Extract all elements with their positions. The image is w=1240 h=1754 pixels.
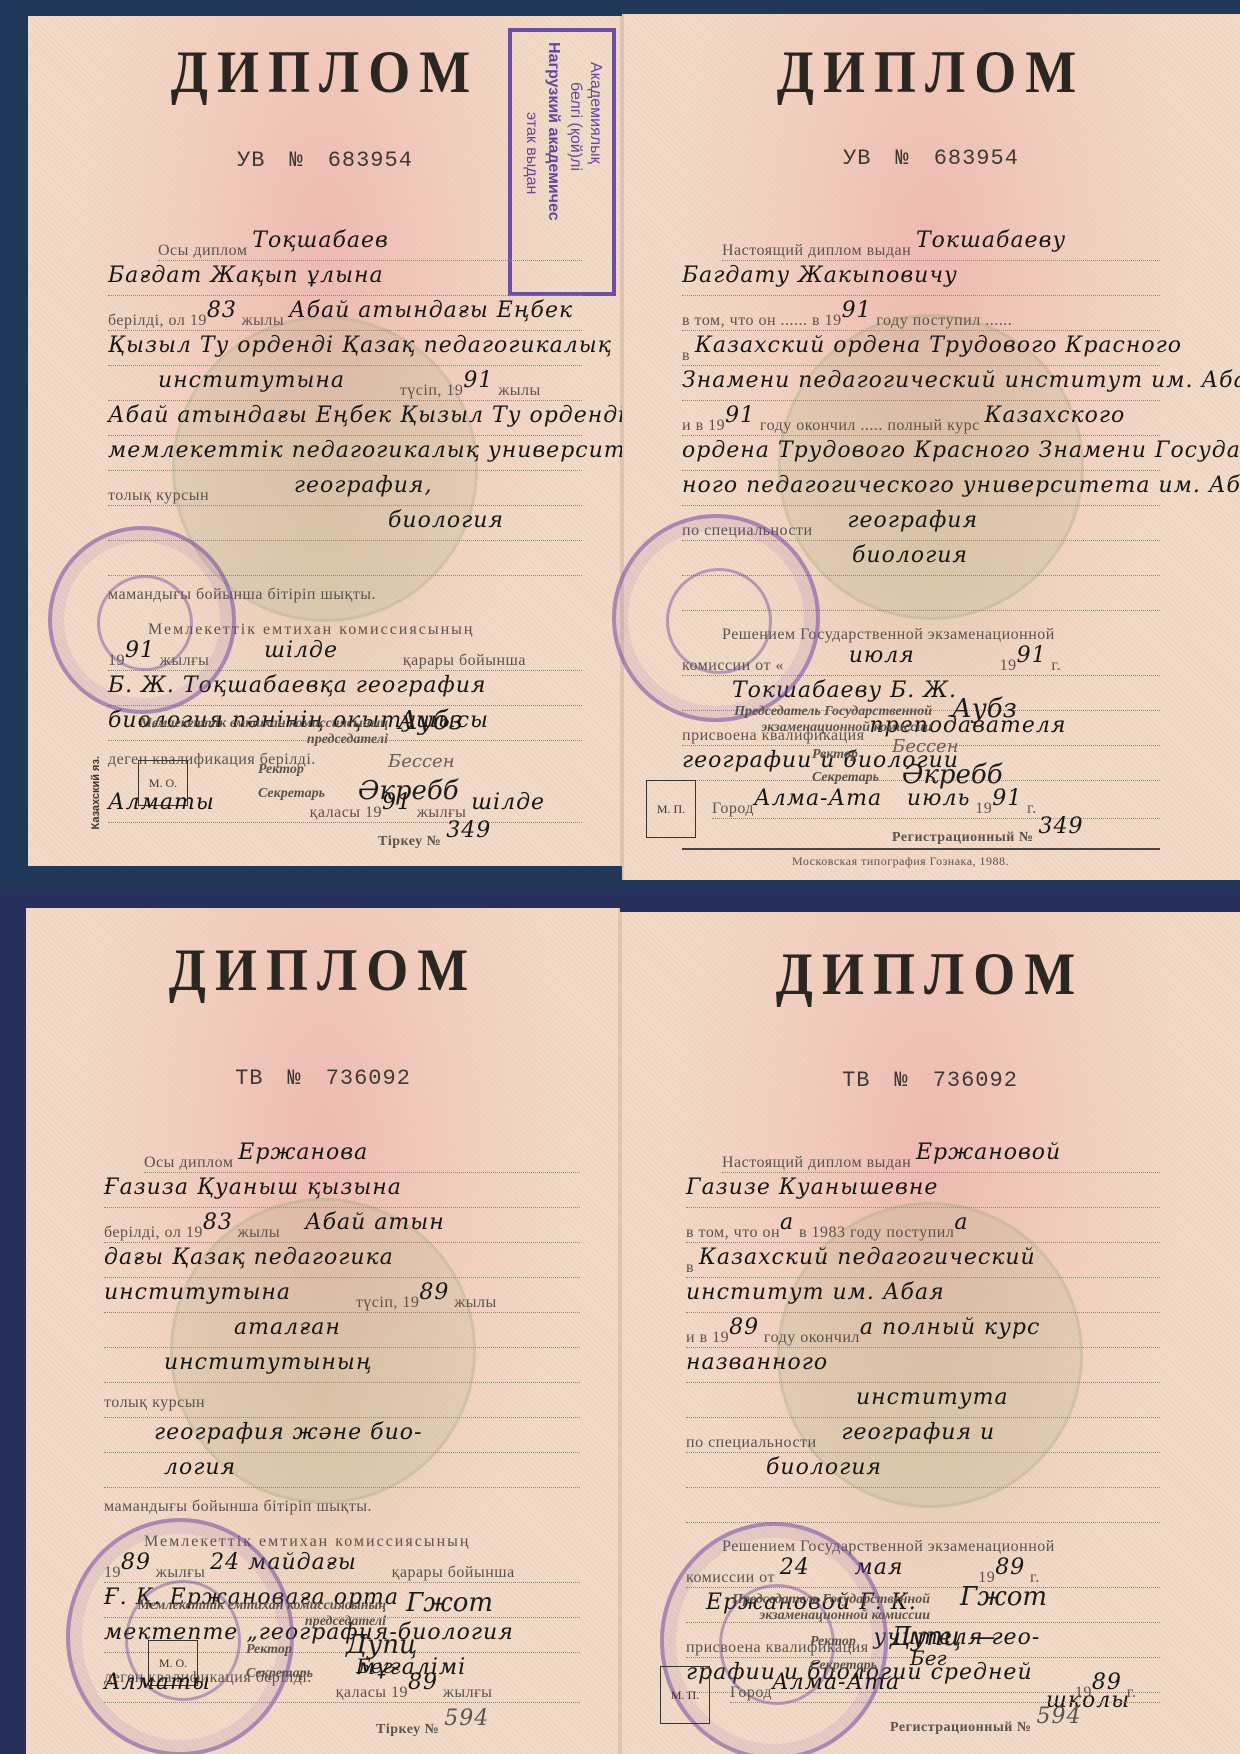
line-4: в Казахский педагогический xyxy=(686,1253,1160,1278)
page-fold xyxy=(620,912,622,1754)
city-date-line: ГородАлма-Ата 1989 г. xyxy=(730,1678,1160,1703)
chair-label: Председатель Государственной экзаменацио… xyxy=(680,1592,930,1624)
printer-imprint: Московская типография Гознака, 1988. xyxy=(792,854,1009,869)
page-fold xyxy=(622,14,624,880)
surname: Тоқшабаев xyxy=(252,228,389,253)
serial-number: УВ№683954 xyxy=(622,146,1240,171)
line-7: ордена Трудового Красного Знамени Госуда… xyxy=(682,446,1160,471)
round-institution-seal xyxy=(612,514,820,722)
line-10: биология xyxy=(686,1463,1160,1488)
series: ТВ xyxy=(842,1068,870,1093)
registration-number: 594 xyxy=(1036,1704,1081,1729)
line-3: берілді, ол 1983 жылы Абай атындағы Еңбе… xyxy=(108,306,582,331)
registration-number: 349 xyxy=(1038,814,1083,839)
diploma-1-russian-page: ДИПЛОМ УВ№683954 Настоящий диплом выдан … xyxy=(622,14,1240,880)
line-6: Абай атындағы Еңбек Қызыл Ту орденді Қаз… xyxy=(108,411,582,436)
round-institution-seal xyxy=(66,1518,294,1754)
recipient-surname: Ержановой xyxy=(916,1140,1061,1165)
number-sign: № xyxy=(895,146,909,171)
line-6: и в 1991 году окончил ..... полный курс … xyxy=(682,411,1160,436)
line-5: Знамени педагогический институт им. Абая xyxy=(682,376,1160,401)
rector-label: Ректор xyxy=(810,1634,856,1650)
line-9: по специальности география и xyxy=(686,1428,1160,1453)
chair-signature: Гжот xyxy=(406,1588,493,1618)
diploma-2-kazakh-page: ДИПЛОМ ТВ№736092 Осы диплом Ержанова Ғаз… xyxy=(26,908,620,1754)
diploma-number: 736092 xyxy=(933,1068,1018,1093)
given-name: Ғазиза Қуаныш қызына xyxy=(104,1175,402,1200)
city-date-line: Алматы қаласы 1989 жылғы xyxy=(104,1678,580,1703)
line-8: толық курсын xyxy=(104,1393,580,1418)
chair-signature: Аубз xyxy=(952,694,1017,724)
rector-signature: Бессен xyxy=(892,736,959,757)
diploma-title: ДИПЛОМ xyxy=(651,940,1209,1009)
line-1: Настоящий диплом выдан Ержановой xyxy=(722,1148,1160,1173)
city-date-line: Алматы қаласы 1991 жылғы шілде xyxy=(108,798,582,823)
chair-label: Мемлекеттік емтихан комиссиясының предсе… xyxy=(126,1598,386,1630)
diploma-number: 683954 xyxy=(934,146,1019,171)
diploma-1-kazakh-page: ДИПЛОМ УВ№683954 Академиялық белгі (қой)… xyxy=(28,16,622,866)
line-1: Осы диплом Ержанова xyxy=(144,1148,580,1173)
line-3: в том, что она в 1983 году поступила xyxy=(686,1218,1160,1243)
serial-number: ТВ№736092 xyxy=(26,1066,620,1091)
line-11 xyxy=(686,1498,1160,1523)
given-name: Бағдат Жақып ұлына xyxy=(108,263,384,288)
number-sign: № xyxy=(289,148,303,173)
secretary-signature: Бег xyxy=(910,1646,947,1670)
line-5: институтына түсіп, 1989 жылы xyxy=(104,1288,580,1313)
diploma-number: 736092 xyxy=(326,1066,411,1091)
series: ТВ xyxy=(235,1066,263,1091)
registration-line: Тіркеу № 349 xyxy=(378,826,491,851)
line-7: мемлекеттік педагогикалық университетіні… xyxy=(108,446,582,471)
footer-rule xyxy=(682,848,1160,850)
diploma-title: ДИПЛОМ xyxy=(653,38,1209,107)
line-8: института xyxy=(686,1393,1160,1418)
line-1: Осы диплом Тоқшабаев xyxy=(158,236,582,261)
number-sign: № xyxy=(287,1066,301,1091)
secretary-signature: Бег xyxy=(356,1654,393,1678)
chair-label: Председатель Государственной экзаменацио… xyxy=(682,704,932,736)
rector-label: Ректор xyxy=(258,762,304,778)
diploma-2-russian-page: ДИПЛОМ ТВ№736092 Настоящий диплом выдан … xyxy=(620,912,1240,1754)
series: УВ xyxy=(237,148,265,173)
recipient-surname: Токшабаеву xyxy=(916,228,1066,253)
number-sign: № xyxy=(894,1068,908,1093)
recipient-name: Газизе Куанышевне xyxy=(686,1175,938,1200)
registration-line: Регистрационный № 349 xyxy=(892,822,1083,847)
line-3: берілді, ол 1983 жылы Абай атын xyxy=(104,1218,580,1243)
line-4: Қызыл Ту орденді Қазақ педагогикалық xyxy=(108,341,582,366)
line-10: логия xyxy=(104,1463,580,1488)
series: УВ xyxy=(843,146,871,171)
rector-label: Ректор xyxy=(246,1642,292,1658)
language-print-note: Казахский яз. xyxy=(90,756,102,830)
chair-signature: Аубз xyxy=(398,706,463,736)
city-date-line: ГородАлма-Ата июль 1991 г. xyxy=(712,794,1160,819)
seal-place-box: М. П. xyxy=(646,780,696,838)
line-8: ного педагогического университета им. Аб… xyxy=(682,481,1160,506)
chair-signature: Гжот xyxy=(960,1582,1047,1612)
line-2: Бағдат Жақып ұлына xyxy=(108,271,582,296)
line-8: толық курсын география, xyxy=(108,481,582,506)
secretary-label: Секретарь xyxy=(812,770,879,786)
specialty-suffix: мамандығы бойынша бітіріп шықты. xyxy=(104,1498,580,1516)
line-2: Газизе Куанышевне xyxy=(686,1183,1160,1208)
chair-label: Мемлекеттік емтихан комиссиясының предсе… xyxy=(128,716,388,748)
rector-label: Ректор xyxy=(812,747,858,763)
surname: Ержанова xyxy=(238,1140,368,1165)
seal-place-box: М. П. xyxy=(660,1666,710,1724)
line-4: в Казахский ордена Трудового Красного xyxy=(682,341,1160,366)
line-5: институтына түсіп, 1991 жылы xyxy=(108,376,582,401)
line-5: институт им. Абая xyxy=(686,1288,1160,1313)
rector-signature: Бессен xyxy=(388,751,455,772)
diploma-spread-2: ДИПЛОМ ТВ№736092 Осы диплом Ержанова Ғаз… xyxy=(0,890,1240,1754)
line-6: аталған xyxy=(104,1323,580,1348)
line-4: дағы Қазақ педагогика xyxy=(104,1253,580,1278)
serial-number: ТВ№736092 xyxy=(620,1068,1240,1093)
line-9: география және био- xyxy=(104,1428,580,1453)
line-7: институтының xyxy=(104,1358,580,1383)
round-institution-seal xyxy=(48,526,236,714)
registration-number: 594 xyxy=(444,1706,489,1731)
line-1: Настоящий диплом выдан Токшабаеву xyxy=(722,236,1160,261)
line-6: и в 1989 году окончила полный курс xyxy=(686,1323,1160,1348)
registration-number: 349 xyxy=(446,818,491,843)
line-2: Ғазиза Қуаныш қызына xyxy=(104,1183,580,1208)
line-7: названного xyxy=(686,1358,1160,1383)
registration-line: Тіркеу № 594 xyxy=(376,1714,489,1739)
diploma-spread-1: ДИПЛОМ УВ№683954 Академиялық белгі (қой)… xyxy=(0,0,1240,890)
line-2: Багдату Жакыповичу xyxy=(682,271,1160,296)
line-3: в том, что он ...... в 1991 году поступи… xyxy=(682,306,1160,331)
diploma-number: 683954 xyxy=(328,148,413,173)
diploma-title: ДИПЛОМ xyxy=(56,936,591,1005)
registration-line: Регистрационный № 594 xyxy=(890,1712,1081,1737)
recipient-name: Багдату Жакыповичу xyxy=(682,263,958,288)
